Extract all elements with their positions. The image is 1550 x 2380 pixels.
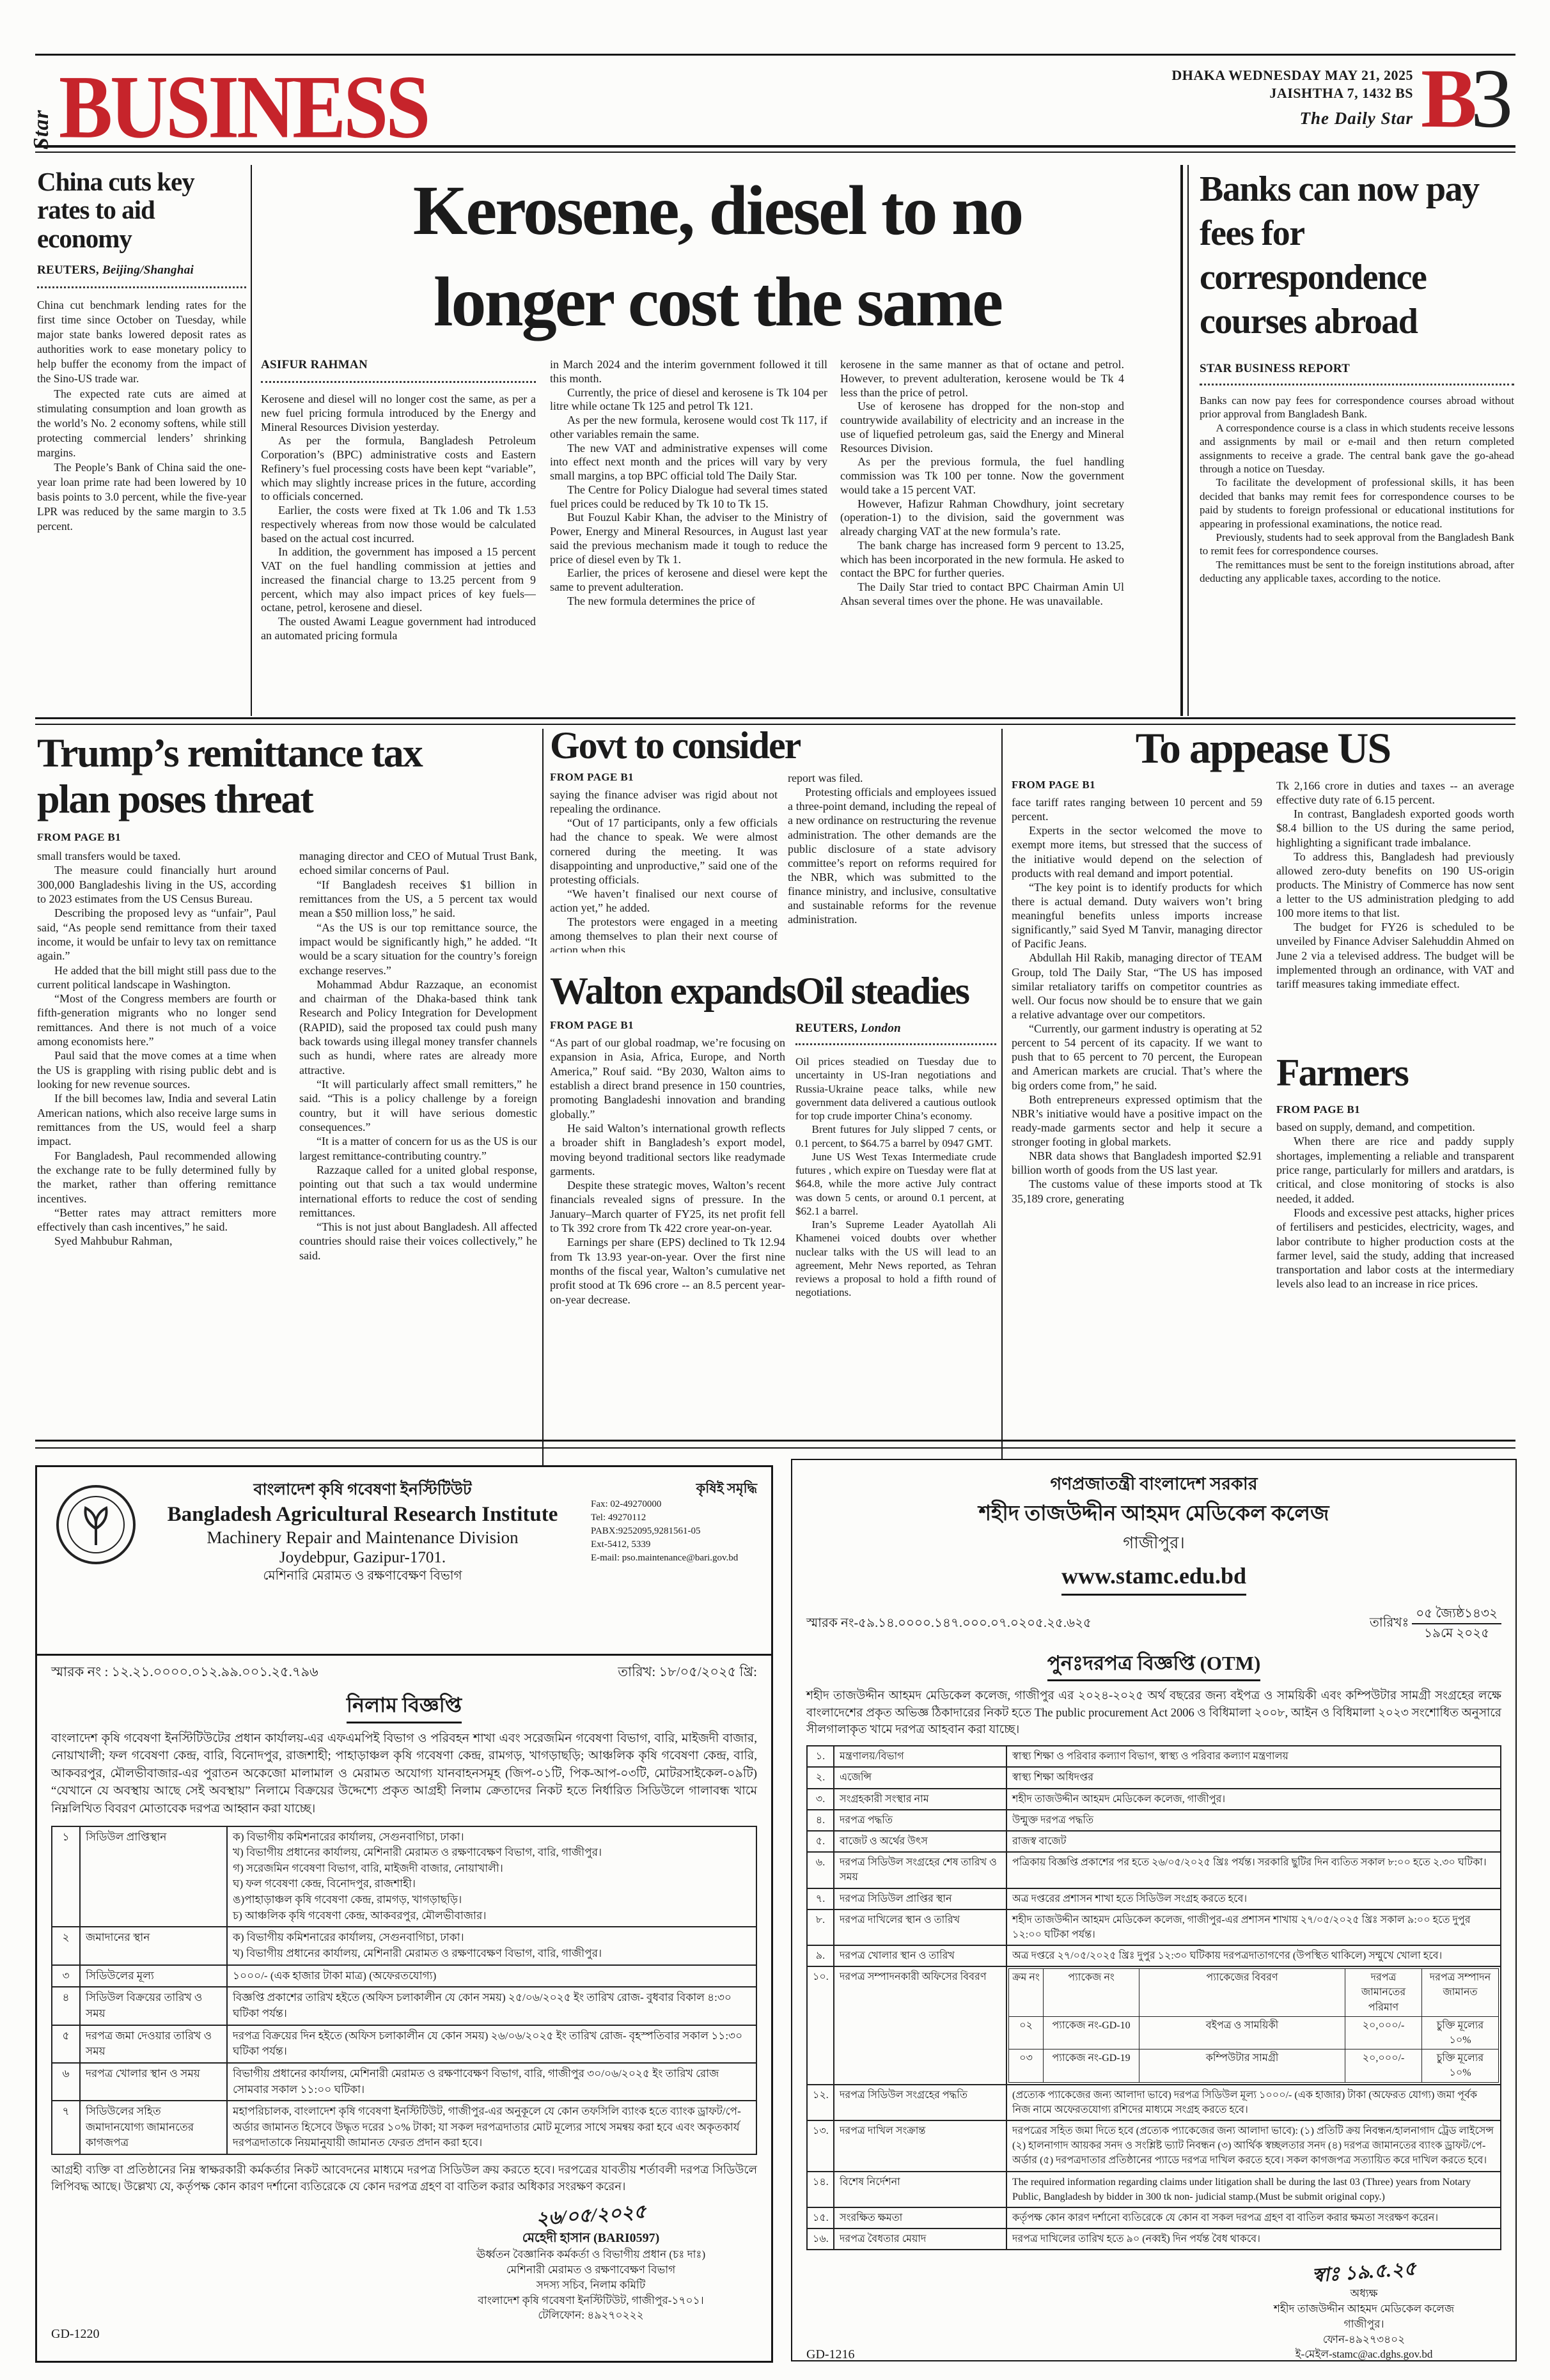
kerosene-headline: Kerosene, diesel to no longer cost the s… bbox=[258, 165, 1177, 348]
subtable-row: ০২ প্যাকেজ নং-GD-10 বইপত্র ও সাময়িকী ২০… bbox=[1009, 2016, 1499, 2049]
table-row: ২. এজেন্সি স্বাস্থ্য শিক্ষা অধিদপ্তর bbox=[807, 1767, 1501, 1788]
trump-headline: Trump’s remittance tax plan poses threat bbox=[37, 730, 538, 823]
paragraph: Previously, students had to seek approva… bbox=[1200, 531, 1514, 558]
govt-frompage: FROM PAGE B1 bbox=[550, 771, 634, 784]
stamc-date-label: তারিখঃ bbox=[1370, 1615, 1409, 1629]
contact-line: Fax: 02-49270000 bbox=[591, 1498, 757, 1511]
page-number: B3 bbox=[1421, 56, 1513, 141]
kerosene-col3: kerosene in the same manner as that of o… bbox=[840, 358, 1124, 715]
newspaper-page-b3: Star BUSINESS DHAKA WEDNESDAY MAY 21, 20… bbox=[0, 0, 1550, 2380]
table-row: ৯. দরপত্র খোলার স্থান ও তারিখ অত্র দপ্তর… bbox=[807, 1945, 1501, 1966]
paragraph: To facilitate the development of profess… bbox=[1200, 476, 1514, 531]
table-row: ৫. বাজেট ও অর্থের উৎস রাজস্ব বাজেট bbox=[807, 1831, 1501, 1852]
paragraph: saying the finance adviser was rigid abo… bbox=[550, 788, 778, 816]
stamc-date: ০৫ জ্যৈষ্ঠ১৪৩২ ১৯মে ২০২৫ bbox=[1412, 1605, 1501, 1643]
paragraph: As per the formula, Bangladesh Petroleum… bbox=[261, 434, 536, 504]
paragraph: kerosene in the same manner as that of o… bbox=[840, 358, 1124, 400]
paragraph: Mohammad Abdur Razzaque, an economist an… bbox=[299, 977, 537, 1077]
paragraph: Paul said that the move comes at a time … bbox=[37, 1048, 276, 1091]
paragraph: The Daily Star tried to contact BPC Chai… bbox=[840, 580, 1124, 609]
table-row: ২ জমাদানের স্থান ক) বিভাগীয় কমিশনারের ক… bbox=[52, 1927, 756, 1964]
kerosene-col2: in March 2024 and the interim government… bbox=[550, 358, 827, 715]
paragraph: Currently, the price of diesel and keros… bbox=[550, 386, 827, 414]
table-row: ৫ দরপত্র জমা দেওয়ার তারিখ ও সময় দরপত্র… bbox=[52, 2025, 756, 2063]
paragraph: small transfers would be taxed. bbox=[37, 849, 276, 863]
stamc-memo: স্মারক নং-৫৯.১৪.০০০০.১৪৭.০০০.০৭.০২০৫.২৫.… bbox=[806, 1614, 1092, 1633]
table-row: ৭. দরপত্র সিডিউল প্রাপ্তির স্থান অত্র দপ… bbox=[807, 1888, 1501, 1909]
paragraph: The measure could financially hurt aroun… bbox=[37, 863, 276, 906]
paragraph: face tariff rates ranging between 10 per… bbox=[1012, 795, 1262, 823]
table-row: ১৫. সংরক্ষিত ক্ষমতা কর্তৃপক্ষ কোন কারণ দ… bbox=[807, 2207, 1501, 2228]
stamc-city: গাজীপুর। bbox=[806, 1531, 1501, 1555]
oil-byline: REUTERS, London bbox=[795, 1022, 901, 1036]
top-rule bbox=[35, 54, 1515, 56]
table-row: ১৬. দরপত্র বৈধতার মেয়াদ দরপত্র দাখিলের … bbox=[807, 2228, 1501, 2250]
stamc-gd-code: GD-1216 bbox=[806, 2347, 855, 2361]
govt-headline: Govt to consider bbox=[550, 725, 998, 766]
contact-line: Ext-5412, 5339 bbox=[591, 1538, 757, 1552]
divider-v2-thick bbox=[1180, 165, 1183, 716]
paragraph: A correspondence course is a class in wh… bbox=[1200, 421, 1514, 476]
divider-v3 bbox=[542, 729, 544, 1467]
paragraph: “Most of the Congress members are fourth… bbox=[37, 992, 276, 1048]
kerosene-byline: ASIFUR RAHMAN bbox=[261, 358, 368, 372]
table-row: ৮. দরপত্র দাখিলের স্থান ও তারিখ শহীদ তাজ… bbox=[807, 1909, 1501, 1945]
paragraph: Protesting officials and employees issue… bbox=[788, 785, 996, 926]
paragraph: The budget for FY26 is scheduled to be u… bbox=[1276, 920, 1514, 991]
appease-frompage: FROM PAGE B1 bbox=[1012, 779, 1095, 791]
table-row: ৩. সংগ্রহকারী সংস্থার নাম শহীদ তাজউদ্দীন… bbox=[807, 1789, 1501, 1810]
paragraph: In contrast, Bangladesh exported goods w… bbox=[1276, 807, 1514, 849]
banks-byline-rule bbox=[1200, 384, 1514, 385]
paragraph: But Fouzul Kabir Khan, the adviser to th… bbox=[550, 511, 827, 566]
paper-logo: The Daily Star bbox=[1061, 108, 1413, 130]
bari-intro: বাংলাদেশ কৃষি গবেষণা ইনস্টিটিউটের প্রধান… bbox=[51, 1730, 757, 1818]
sig-line: ঊর্ধ্বতন বৈজ্ঞানিক কর্মকর্তা ও বিভাগীয় … bbox=[425, 2247, 757, 2262]
table-row: ৬ দরপত্র খোলার স্থান ও সময় বিভাগীয় প্র… bbox=[52, 2063, 756, 2101]
paragraph: Floods and excessive pest attacks, highe… bbox=[1276, 1206, 1514, 1291]
trump-col1: small transfers would be taxed.The measu… bbox=[37, 849, 276, 1464]
sig-line: মেশিনারী মেরামত ও রক্ষণাবেক্ষণ বিভাগ bbox=[425, 2262, 757, 2278]
bari-ad: বাংলাদেশ কৃষি গবেষণা ইনস্টিটিউট Banglade… bbox=[35, 1465, 773, 2363]
appease-col1: face tariff rates ranging between 10 per… bbox=[1012, 795, 1262, 1438]
band-rule-1 bbox=[35, 717, 1515, 719]
paragraph: Use of kerosene has dropped for the non-… bbox=[840, 400, 1124, 455]
paragraph: The new formula determines the price of bbox=[550, 595, 827, 609]
bari-contact: Fax: 02-49270000Tel: 49270112PABX:925209… bbox=[591, 1498, 757, 1565]
bari-closing: আগ্রহী ব্যক্তি বা প্রতিষ্ঠানের নিম্ন স্ব… bbox=[51, 2161, 757, 2195]
oil-body: Oil prices steadied on Tuesday due to un… bbox=[795, 1055, 996, 1465]
sig-line: অধ্যক্ষ bbox=[1226, 2286, 1501, 2301]
banks-headline: Banks can now pay fees for correspondenc… bbox=[1200, 167, 1515, 344]
stamc-website: www.stamc.edu.bd bbox=[1061, 1559, 1246, 1596]
paragraph: NBR data shows that Bangladesh imported … bbox=[1012, 1149, 1262, 1177]
china-body: China cut benchmark lending rates for th… bbox=[37, 298, 246, 715]
subtable-row: ০৩ প্যাকেজ নং-GD-19 কম্পিউটার সামগ্রী ২০… bbox=[1009, 2049, 1499, 2082]
table-row: ৭ সিডিউলের সহিত জমাদানযোগ্য জামানতের কাগ… bbox=[52, 2101, 756, 2154]
paragraph: The Centre for Policy Dialogue had sever… bbox=[550, 483, 827, 511]
oil-headline: Oil steadies bbox=[795, 970, 1006, 1012]
masthead-dateblock: DHAKA WEDNESDAY MAY 21, 2025 JAISHTHA 7,… bbox=[1061, 66, 1413, 130]
paragraph: Oil prices steadied on Tuesday due to un… bbox=[795, 1055, 996, 1123]
kerosene-col1: Kerosene and diesel will no longer cost … bbox=[261, 393, 536, 715]
paragraph: China cut benchmark lending rates for th… bbox=[37, 298, 246, 387]
paragraph: The new VAT and administrative expenses … bbox=[550, 442, 827, 483]
contact-line: E-mail: pso.maintenance@bari.gov.bd bbox=[591, 1552, 757, 1565]
paragraph: The ousted Awami League government had i… bbox=[261, 615, 536, 643]
table-row: ১৩. দরপত্র দাখিল সংক্রান্ত দরপত্রের সহিত… bbox=[807, 2120, 1501, 2172]
paragraph: “It will particularly affect small remit… bbox=[299, 1077, 537, 1134]
date-line: DHAKA WEDNESDAY MAY 21, 2025 bbox=[1061, 66, 1413, 84]
star-script-logo: Star bbox=[29, 65, 54, 150]
stamc-ad: গণপ্রজাতন্ত্রী বাংলাদেশ সরকার শহীদ তাজউদ… bbox=[791, 1459, 1517, 2361]
sig-line: গাজীপুর। bbox=[1226, 2317, 1501, 2332]
paragraph: Earlier, the prices of kerosene and dies… bbox=[550, 566, 827, 595]
stamc-title: পুনঃদরপত্র বিজ্ঞপ্তি (OTM) bbox=[1047, 1649, 1261, 1681]
divider-v1 bbox=[251, 165, 252, 716]
band-rule-2b bbox=[35, 1447, 1515, 1449]
bari-table: ১ সিডিউল প্রাপ্তিস্থান ক) বিভাগীয় কমিশন… bbox=[51, 1826, 757, 2156]
sig-line: সদস্য সচিব, নিলাম কমিটি bbox=[425, 2278, 757, 2293]
paragraph: report was filed. bbox=[788, 771, 996, 785]
appease-col2: Tk 2,166 crore in duties and taxes -- an… bbox=[1276, 779, 1514, 1032]
bari-date: তারিখ: ১৮/০৫/২০২৫ খ্রি: bbox=[618, 1662, 757, 1681]
paragraph: “We haven’t finalised our next course of… bbox=[550, 887, 778, 915]
paragraph: The customs value of these imports stood… bbox=[1012, 1177, 1262, 1205]
table-row: ৪ সিডিউল বিক্রয়ের তারিখ ও সময় বিজ্ঞপ্ত… bbox=[52, 1987, 756, 2025]
paragraph: Despite these strategic moves, Walton’s … bbox=[550, 1178, 785, 1235]
paragraph: “If Bangladesh receives $1 billion in re… bbox=[299, 878, 537, 921]
stamc-sig-lines: অধ্যক্ষশহীদ তাজউদ্দীন আহমদ মেডিকেল কলেজগ… bbox=[1226, 2286, 1501, 2361]
paragraph: “As part of our global roadmap, we’re fo… bbox=[550, 1036, 785, 1121]
bari-signature: ২৬/০৫/২০২৫ bbox=[535, 2198, 646, 2233]
contact-line: Tel: 49270112 bbox=[591, 1511, 757, 1525]
paragraph: “This is not just about Bangladesh. All … bbox=[299, 1220, 537, 1263]
bari-slogan: কৃষিই সমৃদ্ধি bbox=[591, 1479, 757, 1498]
bari-sig-name: মেহেদী হাসান (BARI0597) bbox=[425, 2229, 757, 2247]
page-letter: B bbox=[1421, 51, 1477, 145]
china-byline-rule bbox=[37, 286, 246, 288]
paragraph: June US West Texas Intermediate crude fu… bbox=[795, 1150, 996, 1218]
farmers-body: based on supply, demand, and competition… bbox=[1276, 1120, 1514, 1388]
trump-col2: managing director and CEO of Mutual Trus… bbox=[299, 849, 537, 1464]
stamc-signature: স্বাঃ ১৯.৫.২৫ bbox=[1311, 2256, 1416, 2290]
china-byline: REUTERS, Beijing/Shanghai bbox=[37, 263, 246, 277]
divider-v2-thin bbox=[1187, 165, 1189, 716]
masthead-rule-thick bbox=[35, 145, 1515, 148]
paragraph: Iran’s Supreme Leader Ayatollah Ali Kham… bbox=[795, 1218, 996, 1300]
kerosene-byline-rule bbox=[261, 381, 536, 383]
bari-org-bn: বাংলাদেশ কৃষি গবেষণা ইনস্টিটিউট bbox=[147, 1479, 578, 1502]
paragraph: Abdullah Hil Rakib, managing director of… bbox=[1012, 951, 1262, 1022]
sig-line: ফোন-৪৯২৭৩৪০২ bbox=[1226, 2332, 1501, 2347]
row10-no: ১০. bbox=[807, 1966, 834, 2084]
banks-byline: STAR BUSINESS REPORT bbox=[1200, 362, 1350, 376]
bari-div-en: Machinery Repair and Maintenance Divisio… bbox=[147, 1528, 578, 1548]
paragraph: The bank charge has increased form 9 per… bbox=[840, 539, 1124, 580]
paragraph: Tk 2,166 crore in duties and taxes -- an… bbox=[1276, 779, 1514, 807]
stamc-intro: শহীদ তাজউদ্দীন আহমদ মেডিকেল কলেজ, গাজীপু… bbox=[806, 1688, 1501, 1739]
calendar-line: JAISHTHA 7, 1432 BS bbox=[1061, 84, 1413, 102]
paragraph: The protestors were engaged in a meeting… bbox=[550, 915, 778, 953]
china-headline: China cuts key rates to aid economy bbox=[37, 167, 248, 253]
paragraph: Experts in the sector welcomed the move … bbox=[1012, 823, 1262, 880]
paragraph: “It is a matter of concern for us as the… bbox=[299, 1134, 537, 1163]
table-row: ৪. দরপত্র পদ্ধতি উন্মুক্ত দরপত্র পদ্ধতি bbox=[807, 1810, 1501, 1831]
row10-label: দরপত্র সম্পাদনকারী অফিসের বিবরণ bbox=[834, 1966, 1006, 2084]
paragraph: managing director and CEO of Mutual Trus… bbox=[299, 849, 537, 878]
band-rule-2 bbox=[35, 1440, 1515, 1442]
table-row-subtable: ১০. দরপত্র সম্পাদনকারী অফিসের বিবরণ ক্রম… bbox=[807, 1966, 1501, 2084]
paragraph: Describing the proposed levy as “unfair”… bbox=[37, 906, 276, 963]
paragraph: He added that the bill might still pass … bbox=[37, 963, 276, 992]
sig-line: টেলিফোন: ৪৯২৭০২২২ bbox=[425, 2308, 757, 2323]
table-row: ১৪. বিশেষ নির্দেশনা The required informa… bbox=[807, 2172, 1501, 2207]
bari-memo: স্মারক নং : ১২.২১.০০০০.০১২.৯৯.০০১.২৫.৭৯৬ bbox=[51, 1662, 318, 1681]
bari-logo bbox=[55, 1484, 137, 1566]
paragraph: If the bill becomes law, India and sever… bbox=[37, 1091, 276, 1148]
appease-headline: To appease US bbox=[1010, 725, 1515, 772]
paragraph: Razzaque called for a united global resp… bbox=[299, 1163, 537, 1220]
subtable-header-row: ক্রম নং প্যাকেজ নং প্যাকেজের বিবরণ দরপত্… bbox=[1009, 1969, 1499, 2017]
paragraph: “Better rates may attract remitters more… bbox=[37, 1206, 276, 1234]
paragraph: The People’s Bank of China said the one-… bbox=[37, 460, 246, 534]
paragraph: He said Walton’s international growth re… bbox=[550, 1121, 785, 1178]
walton-frompage: FROM PAGE B1 bbox=[550, 1019, 634, 1032]
contact-line: PABX:9252095,9281561-05 bbox=[591, 1525, 757, 1538]
paragraph: Banks can now pay fees for correspondenc… bbox=[1200, 394, 1514, 421]
stamc-college: শহীদ তাজউদ্দীন আহমদ মেডিকেল কলেজ bbox=[806, 1499, 1501, 1530]
sig-line: ই-মেইল-stamc@ac.dghs.gov.bd bbox=[1226, 2347, 1501, 2361]
stamc-govt-line: গণপ্রজাতন্ত্রী বাংলাদেশ সরকার bbox=[806, 1472, 1501, 1497]
walton-body: “As part of our global roadmap, we’re fo… bbox=[550, 1036, 785, 1465]
paragraph: Earnings per share (EPS) declined to Tk … bbox=[550, 1235, 785, 1307]
stamc-package-subtable: ক্রম নং প্যাকেজ নং প্যাকেজের বিবরণ দরপত্… bbox=[1008, 1968, 1499, 2082]
paragraph: As per the new formula, kerosene would c… bbox=[550, 414, 827, 442]
paragraph: To address this, Bangladesh had previous… bbox=[1276, 850, 1514, 921]
trump-frompage: FROM PAGE B1 bbox=[37, 831, 121, 844]
paragraph: “As the US is our top remittance source,… bbox=[299, 921, 537, 977]
paragraph: The expected rate cuts are aimed at stim… bbox=[37, 387, 246, 460]
paragraph: The remittances must be sent to the fore… bbox=[1200, 558, 1514, 586]
paragraph: in March 2024 and the interim government… bbox=[550, 358, 827, 386]
divider-v4 bbox=[1001, 729, 1003, 1467]
paragraph: Brent futures for July slipped 7 cents, … bbox=[795, 1123, 996, 1150]
bari-title: নিলাম বিজ্ঞপ্তি bbox=[347, 1690, 462, 1723]
paragraph: However, Hafizur Rahman Chowdhury, joint… bbox=[840, 497, 1124, 539]
section-title: BUSINESS bbox=[59, 63, 428, 153]
stamc-table: ১. মন্ত্রণালয়/বিভাগ স্বাস্থ্য শিক্ষা ও … bbox=[806, 1745, 1501, 2250]
paragraph: “Currently, our garment industry is oper… bbox=[1012, 1022, 1262, 1093]
paragraph: When there are rice and paddy supply sho… bbox=[1276, 1134, 1514, 1206]
bari-div-bn: মেশিনারি মেরামত ও রক্ষণাবেক্ষণ বিভাগ bbox=[147, 1567, 578, 1585]
paragraph: As per the previous formula, the fuel ha… bbox=[840, 455, 1124, 497]
paragraph: “The key point is to identify products f… bbox=[1012, 880, 1262, 951]
table-row: ১২. দরপত্র সিডিউল সংগ্রহের পদ্ধতি (প্রত্… bbox=[807, 2085, 1501, 2120]
govt-col2: report was filed.Protesting officials an… bbox=[788, 771, 996, 953]
farmers-frompage: FROM PAGE B1 bbox=[1276, 1103, 1360, 1116]
table-row: ৩ সিডিউলের মূল্য ১০০০/- (এক হাজার টাকা ম… bbox=[52, 1965, 756, 1987]
govt-col1: saying the finance adviser was rigid abo… bbox=[550, 788, 778, 953]
table-row: ৬. দরপত্র সিডিউল সংগ্রহের শেষ তারিখ ও সম… bbox=[807, 1852, 1501, 1888]
sig-line: শহীদ তাজউদ্দীন আহমদ মেডিকেল কলেজ bbox=[1226, 2301, 1501, 2317]
paragraph: In addition, the government has imposed … bbox=[261, 545, 536, 615]
sig-line: বাংলাদেশ কৃষি গবেষণা ইনস্টিটিউট, গাজীপুর… bbox=[425, 2293, 757, 2308]
paragraph: For Bangladesh, Paul recommended allowin… bbox=[37, 1149, 276, 1206]
farmers-headline: Farmers bbox=[1276, 1052, 1514, 1094]
bari-sig-lines: ঊর্ধ্বতন বৈজ্ঞানিক কর্মকর্তা ও বিভাগীয় … bbox=[425, 2247, 757, 2323]
table-row: ১ সিডিউল প্রাপ্তিস্থান ক) বিভাগীয় কমিশন… bbox=[52, 1826, 756, 1927]
page-digit: 3 bbox=[1471, 51, 1513, 145]
paragraph: Syed Mahbubur Rahman, bbox=[37, 1234, 276, 1248]
bari-gd-code: GD-1220 bbox=[51, 2327, 757, 2342]
banks-body: Banks can now pay fees for correspondenc… bbox=[1200, 394, 1514, 715]
bari-addr: Joydebpur, Gazipur-1701. bbox=[147, 1549, 578, 1567]
paragraph: based on supply, demand, and competition… bbox=[1276, 1120, 1514, 1134]
table-row: ১. মন্ত্রণালয়/বিভাগ স্বাস্থ্য শিক্ষা ও … bbox=[807, 1746, 1501, 1767]
oil-byline-rule bbox=[795, 1043, 996, 1045]
paragraph: “Out of 17 participants, only a few offi… bbox=[550, 816, 778, 887]
masthead-rule-thin bbox=[35, 152, 1515, 153]
paragraph: Both entrepreneurs expressed optimism th… bbox=[1012, 1093, 1262, 1149]
paragraph: Kerosene and diesel will no longer cost … bbox=[261, 393, 536, 434]
paragraph: Earlier, the costs were fixed at Tk 1.06… bbox=[261, 504, 536, 545]
bari-org-en: Bangladesh Agricultural Research Institu… bbox=[147, 1503, 578, 1527]
